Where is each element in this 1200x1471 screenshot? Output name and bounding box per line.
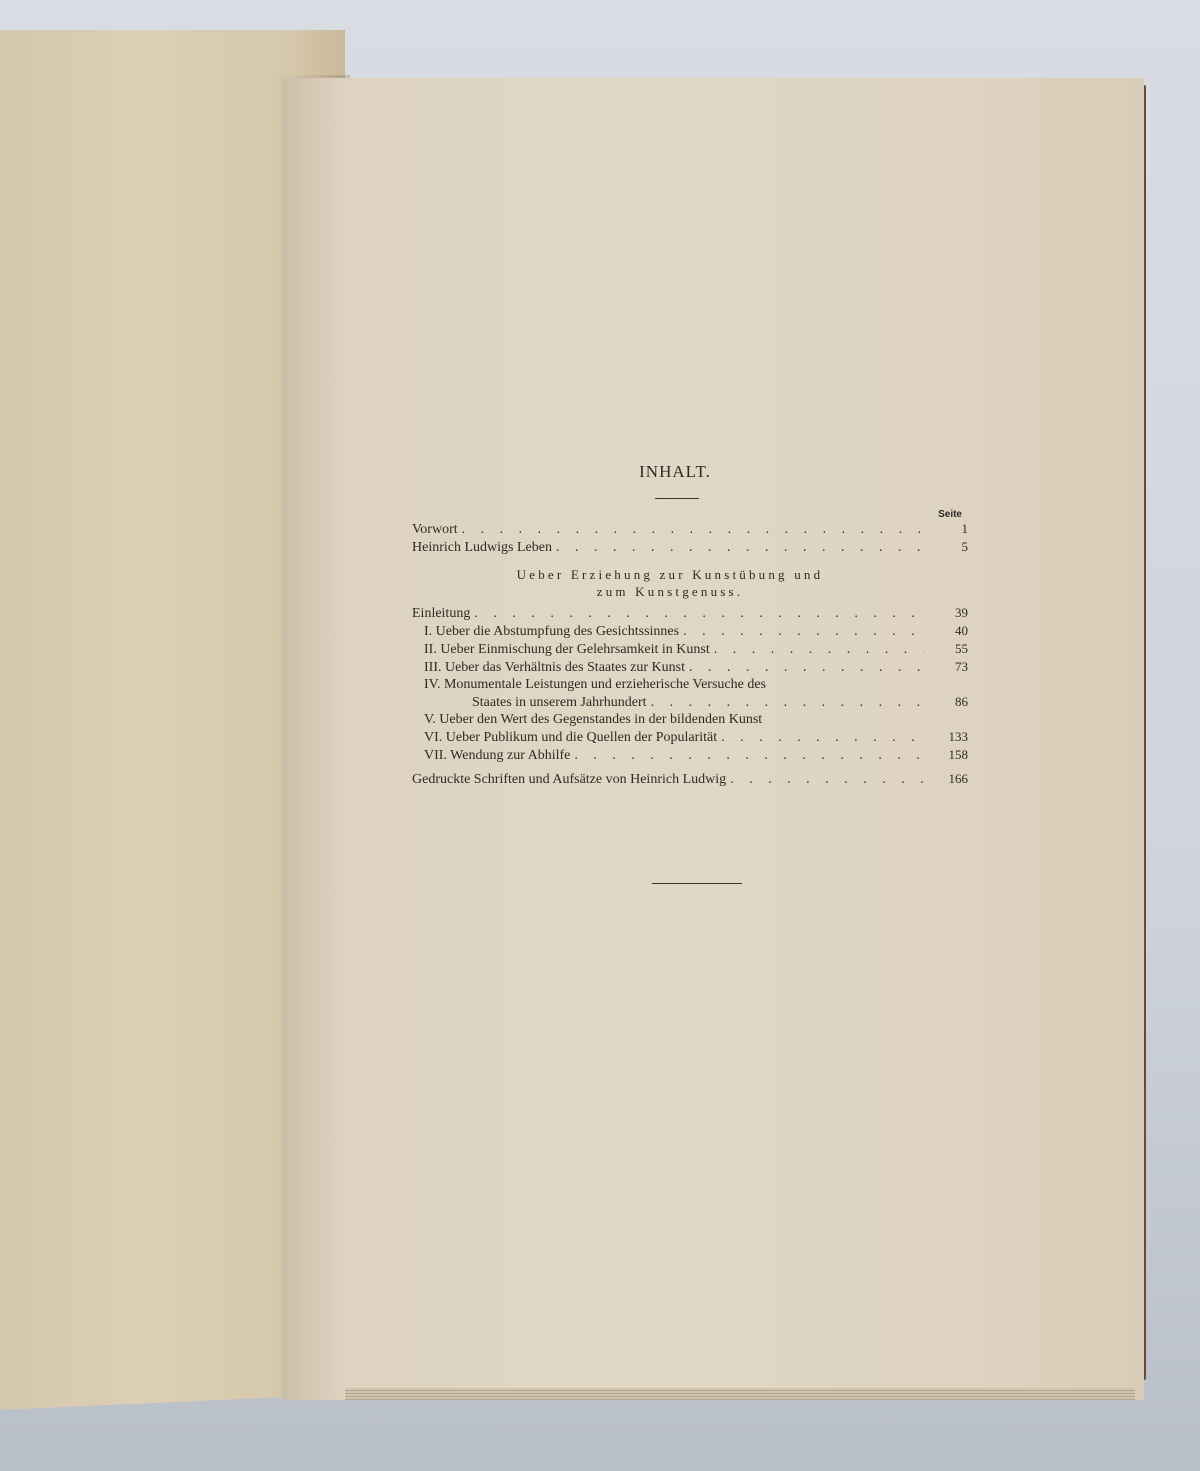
toc-entry-page: 86 bbox=[928, 693, 968, 710]
toc-entry: II. Ueber Einmischung der Gelehrsamkeit … bbox=[412, 640, 968, 658]
toc-entry-label: VII. Wendung zur Abhilfe bbox=[424, 747, 570, 764]
toc-entry-label: Gedruckte Schriften und Aufsätze von Hei… bbox=[412, 771, 726, 788]
table-of-contents: INHALT. Seite Vorwort . . . . . . . . . … bbox=[412, 462, 968, 788]
toc-entry-page: 39 bbox=[928, 604, 968, 621]
toc-entry: IV. Monumentale Leistungen und erzieheri… bbox=[412, 676, 968, 693]
dot-leader: . . . . . . . . . . . . . . . . . . . . … bbox=[714, 641, 924, 658]
dot-leader: . . . . . . . . . . . . . . . . . . . . … bbox=[689, 659, 924, 676]
toc-entry-page: 133 bbox=[928, 728, 968, 745]
toc-entry-label: III. Ueber das Verhältnis des Staates zu… bbox=[424, 659, 685, 676]
section-heading-line2: zum Kunstgenuss. bbox=[412, 583, 928, 600]
toc-entry-label: II. Ueber Einmischung der Gelehrsamkeit … bbox=[424, 641, 710, 658]
toc-entry-page: 73 bbox=[928, 658, 968, 675]
toc-entry-page: 40 bbox=[928, 622, 968, 639]
page-stack-edge bbox=[345, 1388, 1135, 1400]
toc-entry-page: 166 bbox=[928, 770, 968, 787]
dot-leader: . . . . . . . . . . . . . . . . . . . . … bbox=[556, 539, 924, 556]
dot-leader: . . . . . . . . . . . . . . . . . . . . … bbox=[651, 694, 924, 711]
dot-leader: . . . . . . . . . . . . . . . . . . . . … bbox=[574, 747, 924, 764]
toc-entry-page: 55 bbox=[928, 640, 968, 657]
dot-leader: . . . . . . . . . . . . . . . . . . . . … bbox=[683, 623, 924, 640]
toc-entry-page: 158 bbox=[928, 746, 968, 763]
closing-rule bbox=[652, 883, 742, 884]
toc-entry-label: VI. Ueber Publikum und die Quellen der P… bbox=[424, 729, 717, 746]
toc-entry-page: 5 bbox=[928, 538, 968, 555]
dot-leader: . . . . . . . . . . . . . . . . . . . . … bbox=[730, 771, 924, 788]
section-heading-line1: Ueber Erziehung zur Kunstübung und bbox=[412, 566, 928, 583]
toc-entry: V. Ueber den Wert des Gegenstandes in de… bbox=[412, 711, 968, 728]
dot-leader: . . . . . . . . . . . . . . . . . . . . … bbox=[721, 729, 924, 746]
dot-leader: . . . . . . . . . . . . . . . . . . . . … bbox=[462, 521, 924, 538]
toc-entry-page: 1 bbox=[928, 520, 968, 537]
toc-entry: Heinrich Ludwigs Leben . . . . . . . . .… bbox=[412, 538, 968, 556]
toc-entry: VI. Ueber Publikum und die Quellen der P… bbox=[412, 728, 968, 746]
toc-entry: Einleitung . . . . . . . . . . . . . . .… bbox=[412, 604, 968, 622]
toc-entry-label: Staates in unserem Jahrhundert bbox=[472, 694, 647, 711]
title-rule bbox=[655, 498, 699, 499]
dot-leader: . . . . . . . . . . . . . . . . . . . . … bbox=[474, 605, 924, 622]
toc-entry: I. Ueber die Abstumpfung des Gesichtssin… bbox=[412, 622, 968, 640]
toc-entry-label: Einleitung bbox=[412, 605, 470, 622]
toc-entry: VII. Wendung zur Abhilfe . . . . . . . .… bbox=[412, 746, 968, 764]
toc-title: INHALT. bbox=[382, 462, 968, 482]
toc-entry-label: Heinrich Ludwigs Leben bbox=[412, 539, 552, 556]
page-column-header: Seite bbox=[412, 509, 968, 520]
section-heading: Ueber Erziehung zur Kunstübung und zum K… bbox=[412, 566, 928, 600]
toc-entry-label: Vorwort bbox=[412, 521, 458, 538]
toc-entry-label: IV. Monumentale Leistungen und erzieheri… bbox=[424, 676, 766, 693]
toc-entry: III. Ueber das Verhältnis des Staates zu… bbox=[412, 658, 968, 676]
toc-entry-continuation: Staates in unserem Jahrhundert . . . . .… bbox=[412, 693, 968, 711]
toc-entry: Vorwort . . . . . . . . . . . . . . . . … bbox=[412, 520, 968, 538]
toc-entry-label: V. Ueber den Wert des Gegenstandes in de… bbox=[424, 711, 762, 728]
toc-entry-label: I. Ueber die Abstumpfung des Gesichtssin… bbox=[424, 623, 679, 640]
toc-entry: Gedruckte Schriften und Aufsätze von Hei… bbox=[412, 770, 968, 788]
